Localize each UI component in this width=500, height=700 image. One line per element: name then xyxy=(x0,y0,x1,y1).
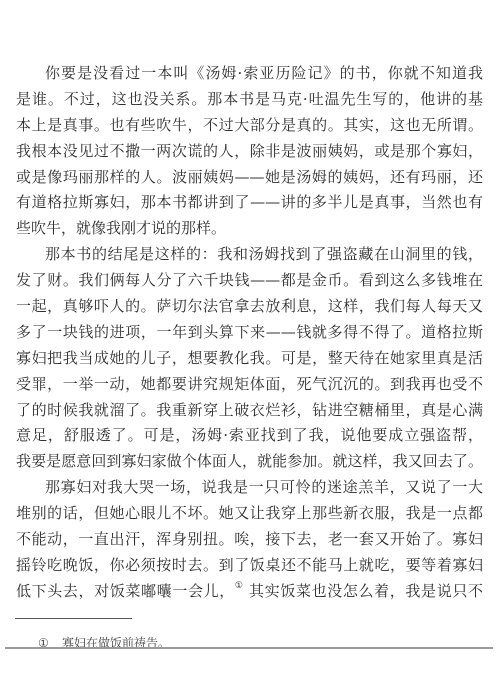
text-line: 寡妇把我当成她的儿子，想要教化我。可是，整天待在她家里真是活 xyxy=(16,346,483,372)
footnote-divider xyxy=(15,618,132,619)
text-line: 本上是真事。也有些吹牛，不过大部分是真的。其实，这也无所谓。 xyxy=(16,113,483,139)
text-line: 堆别的话，但她心眼儿不坏。她又让我穿上那些新衣服，我是一点都 xyxy=(16,501,483,527)
text-line: 或是像玛丽那样的人。波丽姨妈——她是汤姆的姨妈，还有玛丽，还 xyxy=(16,165,483,191)
text-line: 了的时候我就溜了。我重新穿上破衣烂衫，钻进空糖桶里，真是心满 xyxy=(16,398,483,424)
text-line: 摇铃吃晚饭，你必须按时去。到了饭桌还不能马上就吃，要等着寡妇 xyxy=(16,553,483,579)
footnote-reference[interactable]: ① xyxy=(235,581,244,591)
text-line: 发了财。我们俩每人分了六千块钱——都是金币。看到这么多钱堆在 xyxy=(16,268,483,294)
text-line: 意足，舒服透了。可是，汤姆·索亚找到了我，说他要成立强盗帮， xyxy=(16,423,483,449)
text-line: 我根本没见过不撒一两次谎的人，除非是波丽姨妈，或是那个寡妇， xyxy=(16,139,483,165)
book-page: 你要是没看过一本叫《汤姆·索亚历险记》的书，你就不知道我 是谁。不过，这也没关系… xyxy=(0,0,500,700)
text-line: 受罪，一举一动，她都要讲究规矩体面，死气沉沉的。到我再也受不 xyxy=(16,372,483,398)
text-line: 你要是没看过一本叫《汤姆·索亚历险记》的书，你就不知道我 xyxy=(16,61,483,87)
footnote-mark: ① xyxy=(38,634,62,652)
text-line: 是谁。不过，这也没关系。那本书是马克·吐温先生写的，他讲的基 xyxy=(16,87,483,113)
text-line: 多了一块钱的进项，一年到头算下来——钱就多得不得了。道格拉斯 xyxy=(16,320,483,346)
text-line: 那本书的结尾是这样的：我和汤姆找到了强盗藏在山洞里的钱， xyxy=(16,242,483,268)
text-segment: 其实饭菜也没怎么着，我是说只不 xyxy=(249,582,483,600)
text-line: 不能动，一直出汗，浑身别扭。唉，接下去，老一套又开始了。寡妇 xyxy=(16,527,483,553)
text-line: 有道格拉斯寡妇，那本书都讲到了——讲的多半儿是真事，当然也有 xyxy=(16,190,483,216)
body-text: 你要是没看过一本叫《汤姆·索亚历险记》的书，你就不知道我 是谁。不过，这也没关系… xyxy=(16,61,483,605)
footnote: ①寡妇在做饭前祷告。 xyxy=(38,634,170,652)
text-line: 低下头去，对饭菜嘟囔一会儿，① 其实饭菜也没怎么着，我是说只不 xyxy=(16,579,483,605)
text-line: 一起，真够吓人的。萨切尔法官拿去放利息，这样，我们每人每天又 xyxy=(16,294,483,320)
page-bottom-rule xyxy=(5,647,493,649)
text-line: 些吹牛，就像我刚才说的那样。 xyxy=(16,216,483,242)
text-line: 我要是愿意回到寡妇家做个体面人，就能参加。就这样，我又回去了。 xyxy=(16,449,483,475)
text-segment: 低下头去，对饭菜嘟囔一会儿， xyxy=(16,582,235,600)
text-line: 那寡妇对我大哭一场，说我是一只可怜的迷途羔羊，又说了一大 xyxy=(16,475,483,501)
